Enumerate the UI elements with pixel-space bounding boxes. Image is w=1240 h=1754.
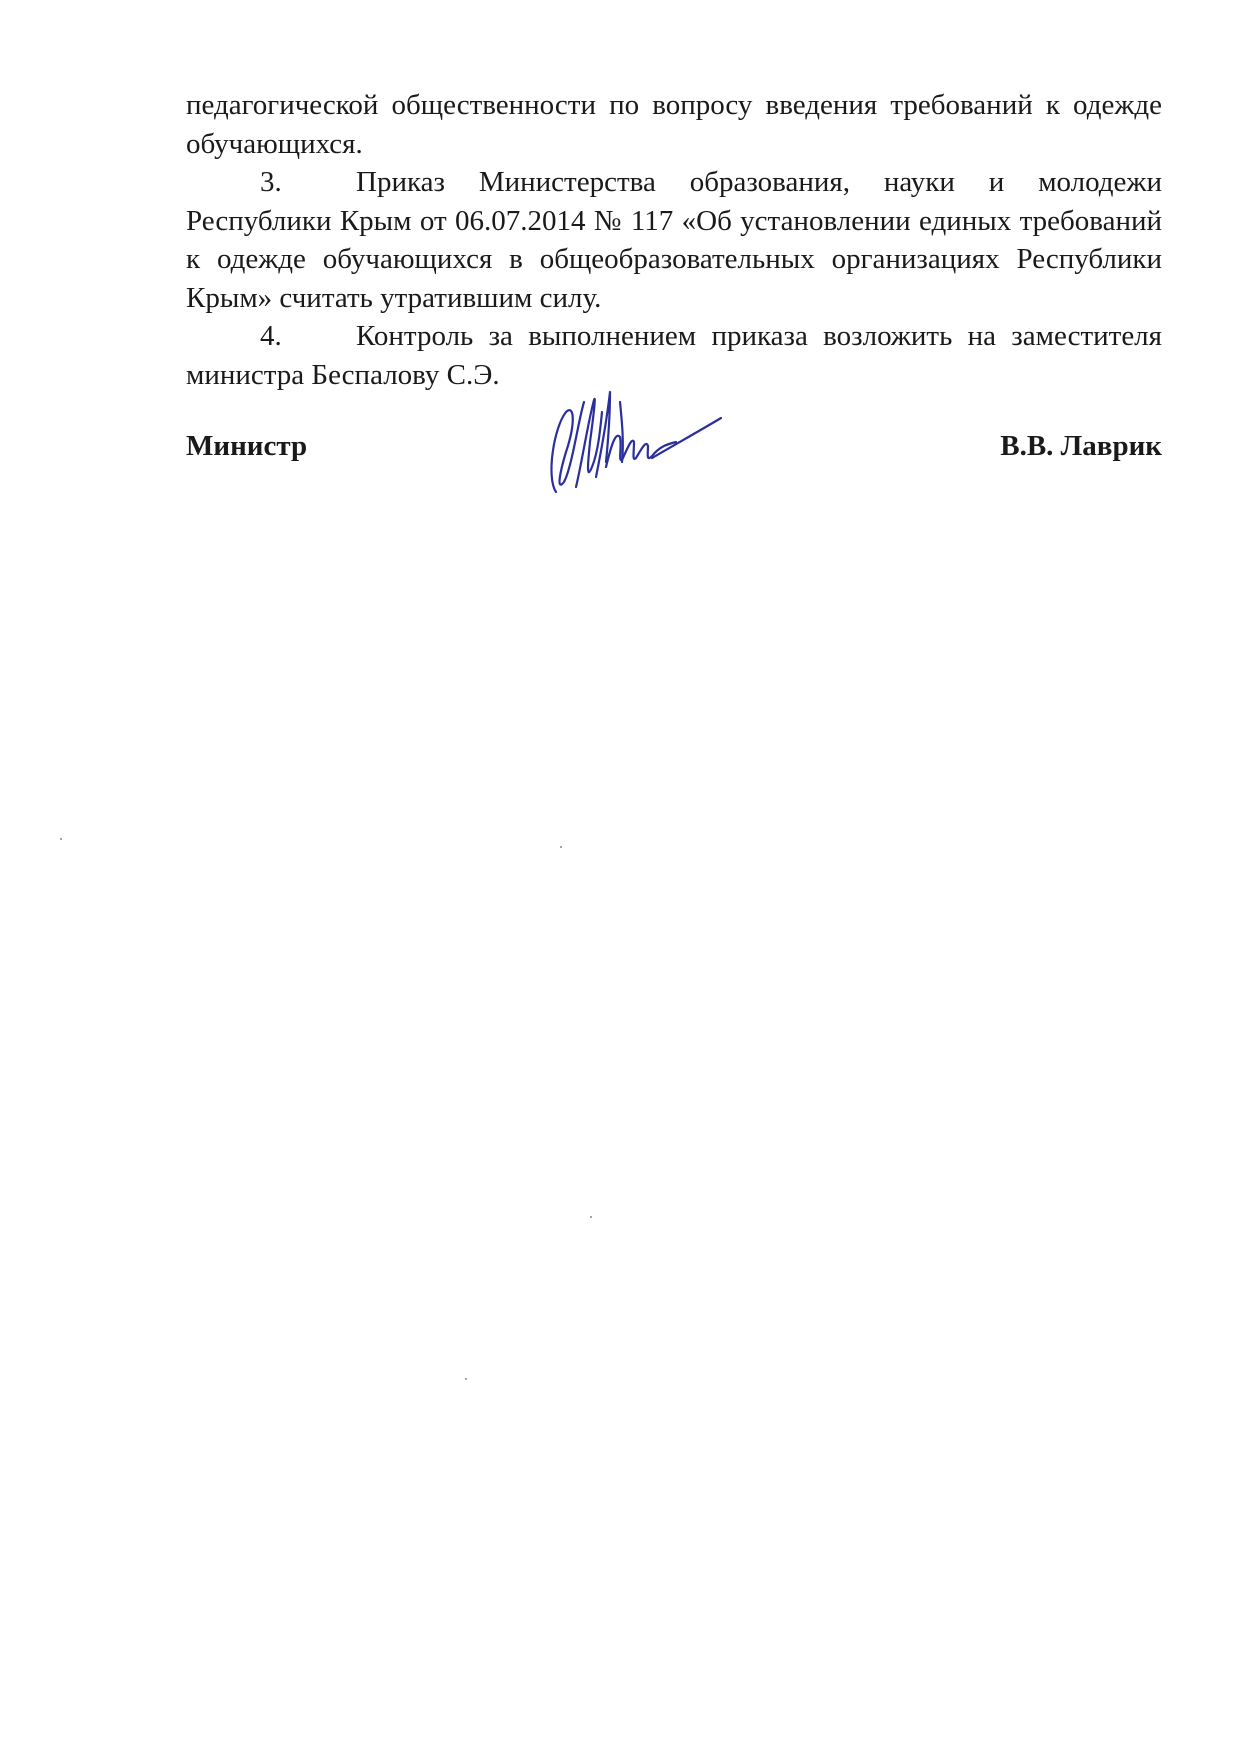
- paragraph-number: 4.: [186, 317, 356, 356]
- signatory-title: Министр: [186, 430, 307, 463]
- scan-speck: [590, 1216, 592, 1218]
- paragraph-continuation: педагогической общественности по вопросу…: [186, 86, 1162, 163]
- scan-speck: [560, 846, 562, 848]
- signatory-name: В.В. Лаврик: [1000, 430, 1162, 463]
- paragraph-number: 3.: [186, 163, 356, 202]
- scan-speck: [60, 838, 62, 840]
- paragraph-text: педагогической общественности по вопросу…: [186, 89, 1162, 160]
- handwritten-signature-icon: [536, 382, 726, 502]
- scan-speck: [465, 1378, 467, 1380]
- signature-block: Министр В.В. Лаврик: [186, 420, 1162, 500]
- paragraph-3: 3.Приказ Министерства образования, науки…: [186, 163, 1162, 317]
- document-body: педагогической общественности по вопросу…: [186, 86, 1162, 394]
